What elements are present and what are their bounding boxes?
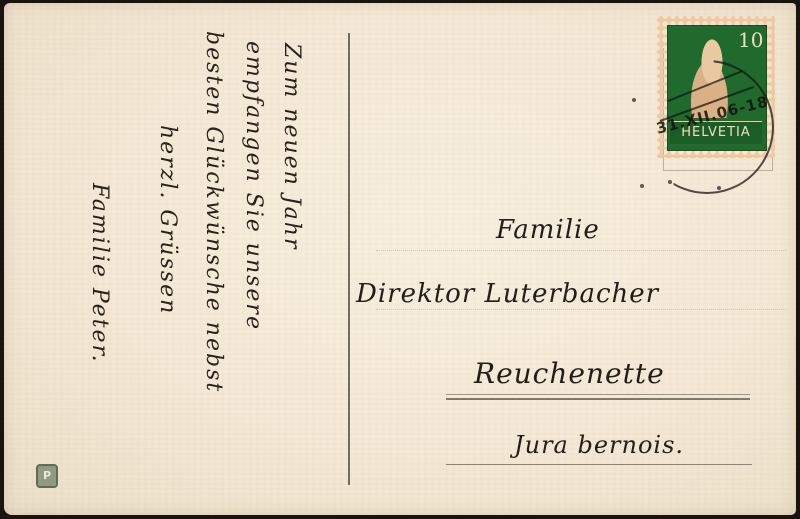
message-signature: Familie Peter.	[87, 183, 112, 364]
postmark-speck	[632, 98, 636, 102]
postmark-speck	[668, 180, 672, 184]
message-line-1: Zum neuen Jahr	[279, 43, 304, 250]
address-rule	[446, 464, 752, 465]
address-line-1: Familie	[496, 215, 600, 245]
center-divider	[348, 33, 350, 485]
address-line-3: Reuchenette	[474, 357, 665, 390]
address-underline	[446, 398, 750, 400]
address-line-2: Direktor Luterbacher	[356, 279, 659, 309]
message-line-3: besten Glückwünsche nebst	[201, 31, 226, 393]
stamp-denomination: 10	[738, 28, 763, 52]
message-line-2: empfangen Sie unsere	[241, 41, 266, 331]
address-line-4: Jura bernois.	[514, 431, 684, 459]
message-line-4: herzl. Grüssen	[155, 125, 180, 315]
postmark-speck	[640, 184, 644, 188]
emboss-line	[376, 309, 786, 310]
postmark-speck	[717, 186, 721, 190]
emboss-line	[376, 250, 786, 251]
publisher-logo-icon: P	[36, 464, 58, 488]
